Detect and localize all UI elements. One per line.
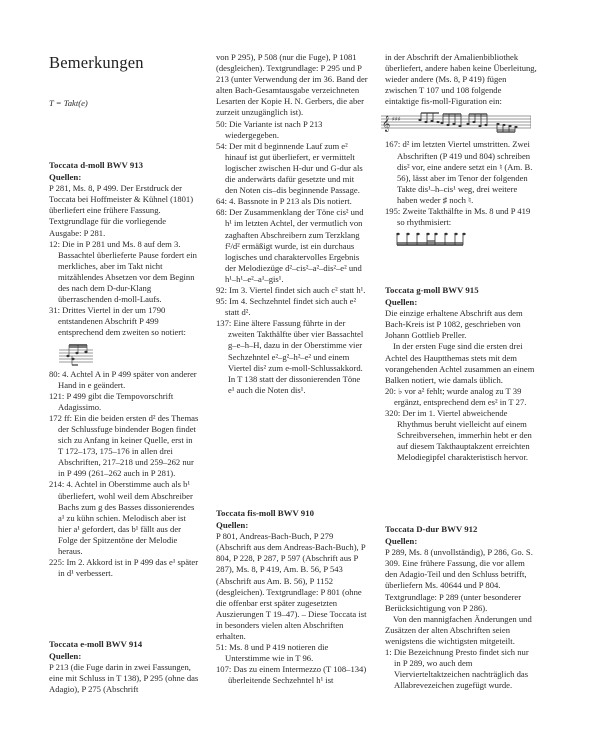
note-1: 1: Die Bezeichnung Presto findet sich nu… (385, 647, 537, 691)
note-214: 214: 4. Achtel in Oberstimme auch als b¹… (49, 479, 199, 557)
note-95: 95: Im 4. Sechzehntel findet sich auch e… (216, 296, 368, 318)
column-3-bwv915: Toccata g-moll BWV 915 Quellen: Die einz… (385, 285, 537, 464)
sources-text: P 801, Andreas-Bach-Buch, P 279 (Abschri… (216, 531, 368, 642)
sources-label: Quellen: (385, 297, 537, 308)
paragraph: In der ersten Fuge sind die ersten drei … (385, 341, 537, 385)
sources-text: P 213 (die Fuge darin in zwei Fassungen,… (49, 662, 199, 695)
section-title-bwv914: Toccata e-moll BWV 914 (49, 639, 199, 650)
sources-text-continued: von P 295), P 508 (nur die Fuge), P 1081… (216, 52, 368, 119)
sources-label: Quellen: (49, 651, 199, 662)
page: Bemerkungen T = Takt(e) Toccata d-moll B… (0, 0, 591, 750)
section-title-bwv913: Toccata d-moll BWV 913 (49, 160, 199, 171)
section-title-bwv910: Toccata fis-moll BWV 910 (216, 508, 368, 519)
svg-text:♯♯♯: ♯♯♯ (392, 116, 401, 123)
note-137: 137: Eine ältere Fassung führte in der z… (216, 318, 368, 396)
sources-label: Quellen: (49, 172, 199, 183)
note-172ff: 172 ff: Ein die beiden ersten d² des The… (49, 413, 199, 480)
rhythm-notation-icon (395, 231, 469, 247)
sources-text: Die einzige erhaltene Abschrift aus dem … (385, 308, 537, 341)
note-31: 31: Drittes Viertel in der um 1790 entst… (49, 305, 199, 338)
sources-label: Quellen: (216, 520, 368, 531)
note-225: 225: Im 2. Akkord ist in P 499 das e¹ sp… (49, 557, 199, 579)
note-64: 64: 4. Bassnote in P 213 als Dis notiert… (216, 196, 368, 207)
music-notation-icon: 𝄞 ♯♯♯ (381, 110, 531, 136)
note-80: 80: 4. Achtel A in P 499 später von ande… (49, 369, 199, 391)
note-68: 68: Der Zusammenklang der Töne cis² und … (216, 207, 368, 285)
music-notation-icon (59, 342, 93, 366)
note-107: 107: Das zu einem Intermezzo (T 108–134)… (216, 664, 368, 686)
note-107-continued: in der Abschrift der Amalienbibliothek ü… (385, 52, 537, 107)
page-title: Bemerkungen (49, 53, 144, 73)
note-121: 121: P 499 gibt die Tempovorschrift Adag… (49, 391, 199, 413)
column-3-bwv912: Toccata D-dur BWV 912 Quellen: P 289, Ms… (385, 524, 537, 691)
paragraph: Von den mannigfachen Änderungen und Zusä… (385, 614, 537, 647)
column-3: in der Abschrift der Amalienbibliothek ü… (385, 52, 537, 250)
svg-text:𝄞: 𝄞 (382, 116, 390, 132)
abbreviation-note: T = Takt(e) (49, 98, 88, 108)
note-20: 20: ♭ vor a² fehlt; wurde analog zu T 39… (385, 386, 537, 408)
note-54: 54: Der mit d beginnende Lauf zum e² hin… (216, 141, 368, 196)
sources-text: P 289, Ms. 8 (unvollständig), P 286, Go.… (385, 547, 537, 614)
column-2-bwv910: Toccata fis-moll BWV 910 Quellen: P 801,… (216, 508, 368, 687)
column-2: von P 295), P 508 (nur die Fuge), P 1081… (216, 52, 368, 396)
note-50: 50: Die Variante ist nach P 213 wiederge… (216, 119, 368, 141)
note-92: 92: Im 3. Viertel findet sich auch c² st… (216, 285, 368, 296)
section-title-bwv915: Toccata g-moll BWV 915 (385, 285, 537, 296)
section-title-bwv912: Toccata D-dur BWV 912 (385, 524, 537, 535)
column-1-bwv914: Toccata e-moll BWV 914 Quellen: P 213 (d… (49, 639, 199, 695)
column-1: Toccata d-moll BWV 913 Quellen: P 281, M… (49, 160, 199, 579)
note-12: 12: Die in P 281 und Ms. 8 auf dem 3. Ba… (49, 239, 199, 306)
note-195: 195: Zweite Takthälfte in Ms. 8 und P 41… (385, 206, 537, 228)
sources-text: P 281, Ms. 8, P 499. Der Erstdruck der T… (49, 183, 199, 238)
note-167: 167: d² im letzten Viertel umstritten. Z… (385, 139, 537, 206)
sources-label: Quellen: (385, 536, 537, 547)
note-51: 51: Ms. 8 und P 419 notieren die Unterst… (216, 642, 368, 664)
note-320: 320: Der im 1. Viertel abweichende Rhyth… (385, 408, 537, 463)
